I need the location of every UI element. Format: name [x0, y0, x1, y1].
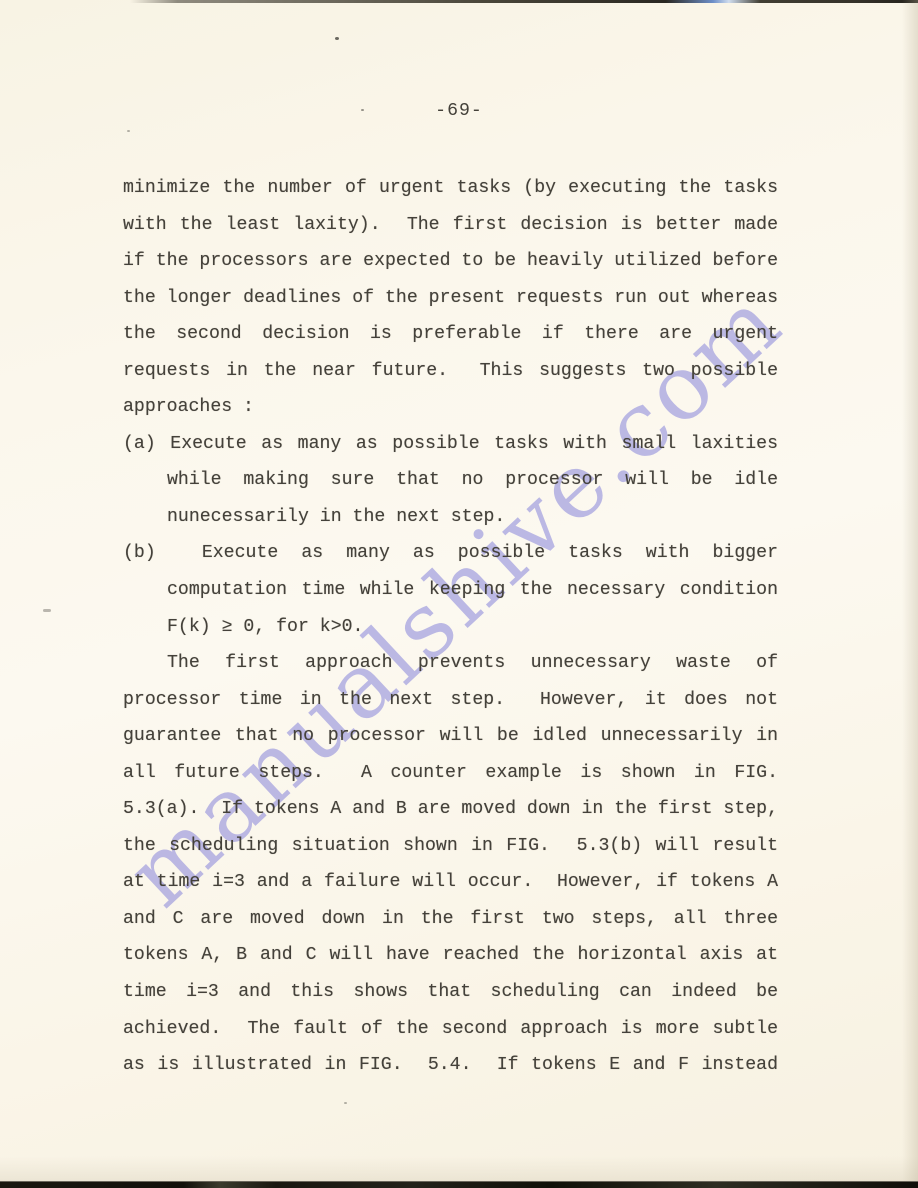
text-line: guarantee that no processor will be idle… [123, 718, 778, 755]
text-line: computation time while keeping the neces… [123, 572, 778, 609]
paper-speck [335, 37, 339, 40]
text-line: The first approach prevents unnecessary … [123, 645, 778, 682]
paper-speck [127, 130, 130, 132]
scan-bottom-shade [0, 1156, 918, 1182]
text-line: the scheduling situation shown in FIG. 5… [123, 828, 778, 865]
scan-top-edge-artifact [130, 0, 918, 3]
text-line: (a) Execute as many as possible tasks wi… [123, 426, 778, 463]
text-line: (b) Execute as many as possible tasks wi… [123, 535, 778, 572]
text-line: as is illustrated in FIG. 5.4. If tokens… [123, 1047, 778, 1084]
text-line: while making sure that no processor will… [123, 462, 778, 499]
text-line: F(k) ≥ 0, for k>0. [123, 609, 778, 646]
scanned-page: manualshive.com -69- minimize the number… [0, 0, 918, 1188]
text-line: the second decision is preferable if the… [123, 316, 778, 353]
paper-speck [43, 609, 51, 612]
scan-bottom-edge-artifact [0, 1181, 918, 1188]
text-line: the longer deadlines of the present requ… [123, 280, 778, 317]
text-line: with the least laxity). The first decisi… [123, 207, 778, 244]
page-number: -69- [0, 101, 918, 121]
text-line: approaches : [123, 389, 778, 426]
text-line: and C are moved down in the first two st… [123, 901, 778, 938]
text-line: achieved. The fault of the second approa… [123, 1011, 778, 1048]
paper-speck [361, 109, 364, 111]
text-line: all future steps. A counter example is s… [123, 755, 778, 792]
page-text: minimize the number of urgent tasks (by … [123, 170, 778, 1084]
text-line: 5.3(a). If tokens A and B are moved down… [123, 791, 778, 828]
text-line: requests in the near future. This sugges… [123, 353, 778, 390]
text-line: if the processors are expected to be hea… [123, 243, 778, 280]
text-line: processor time in the next step. However… [123, 682, 778, 719]
text-line: nunecessarily in the next step. [123, 499, 778, 536]
text-line: tokens A, B and C will have reached the … [123, 937, 778, 974]
scan-right-shade [902, 0, 918, 1188]
paper-speck [344, 1102, 347, 1104]
text-line: minimize the number of urgent tasks (by … [123, 170, 778, 207]
text-line: time i=3 and this shows that scheduling … [123, 974, 778, 1011]
text-line: at time i=3 and a failure will occur. Ho… [123, 864, 778, 901]
